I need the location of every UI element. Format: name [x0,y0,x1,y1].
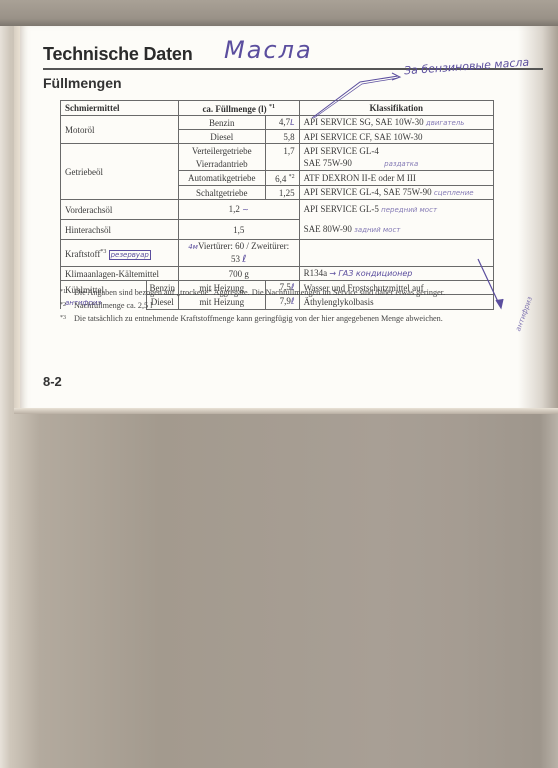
classification-cell [299,240,493,267]
value-cell-empty [265,157,299,171]
footnote-2: *2 Nachfüllmenge ca. 2,5 l [60,299,530,312]
table-row: Kraftstoff*3 резервуар 4мViertürer: 60 /… [61,240,494,267]
value-cell: 1,25 [265,186,299,200]
classification-cell: API SERVICE GL-4 [299,144,493,158]
value-cell: 6,4 *2 [265,171,299,186]
table-row: Getriebeöl Verteilergetriebe 1,7 API SER… [61,144,494,158]
row-label-klima: Klimaanlagen-Kältemittel [61,267,179,281]
classification-cell: API SERVICE SG, SAE 10W-30 двигатель [299,116,493,130]
value-cell: 700 g [178,267,299,281]
classification-cell: R134a → ГАЗ кондиционер [299,267,493,281]
value-cell: 1,5 [178,220,299,240]
header-capacity: ca. Füllmenge (l) *1 [178,101,299,116]
classification-cell: API SERVICE CF, SAE 10W-30 [299,130,493,144]
footnotes: *1 Die Angaben sind bezogen auf „trocken… [60,286,530,325]
variant-cell: Benzin [178,116,265,130]
section-heading: Füllmengen [43,75,122,91]
header-lubricant: Schmiermittel [61,101,179,116]
classification-cell: API SERVICE GL-4, SAE 75W-90 сцепление [299,186,493,200]
header-classification: Klassifikation [299,101,493,116]
variant-cell: Automatikgetriebe [178,171,265,186]
variant-cell: Schaltgetriebe [178,186,265,200]
value-cell: 4,7L [265,116,299,130]
page-bottom-edge [14,408,558,414]
row-label-motoroel: Motoröl [61,116,179,144]
variant-cell: Verteilergetriebe [178,144,265,158]
scan-background-top [0,0,558,26]
row-label-vorderachs: Vorderachsöl [61,200,179,220]
table-header-row: Schmiermittel ca. Füllmenge (l) *1 Klass… [61,101,494,116]
page-number: 8-2 [43,374,62,389]
classification-cell: SAE 80W-90 задний мост [299,220,493,240]
variant-cell: Vierradantrieb [178,157,265,171]
table-row: Hinterachsöl 1,5 SAE 80W-90 задний мост [61,220,494,240]
classification-cell: ATF DEXRON II-E oder M III [299,171,493,186]
footnote-3: *3 Die tatsächlich zu entnehmende Krafts… [60,312,530,325]
table-row: Motoröl Benzin 4,7L API SERVICE SG, SAE … [61,116,494,130]
page-title: Technische Daten [43,44,193,65]
classification-cell: API SERVICE GL-5 передний мост [299,200,493,220]
value-cell: 4мViertürer: 60 / Zweitürer: 53 ℓ [178,240,299,267]
value-cell: 1,7 [265,144,299,158]
capacities-table: Schmiermittel ca. Füllmenge (l) *1 Klass… [60,100,494,310]
table-row: Vorderachsöl 1,2 ~ API SERVICE GL-5 пере… [61,200,494,220]
footnote-1: *1 Die Angaben sind bezogen auf „trocken… [60,286,530,299]
row-label-kraftstoff: Kraftstoff*3 резервуар [61,240,179,267]
classification-cell: SAE 75W-90 раздатка [299,157,493,171]
table-row: Klimaanlagen-Kältemittel 700 g R134a → Г… [61,267,494,281]
value-cell: 1,2 ~ [178,200,299,220]
page-gutter-shadow [518,26,558,412]
value-cell: 5,8 [265,130,299,144]
variant-cell: Diesel [178,130,265,144]
row-label-getriebeoel: Getriebeöl [61,144,179,200]
row-label-hinterachs: Hinterachsöl [61,220,179,240]
handwritten-title-note: Масла [224,36,313,64]
